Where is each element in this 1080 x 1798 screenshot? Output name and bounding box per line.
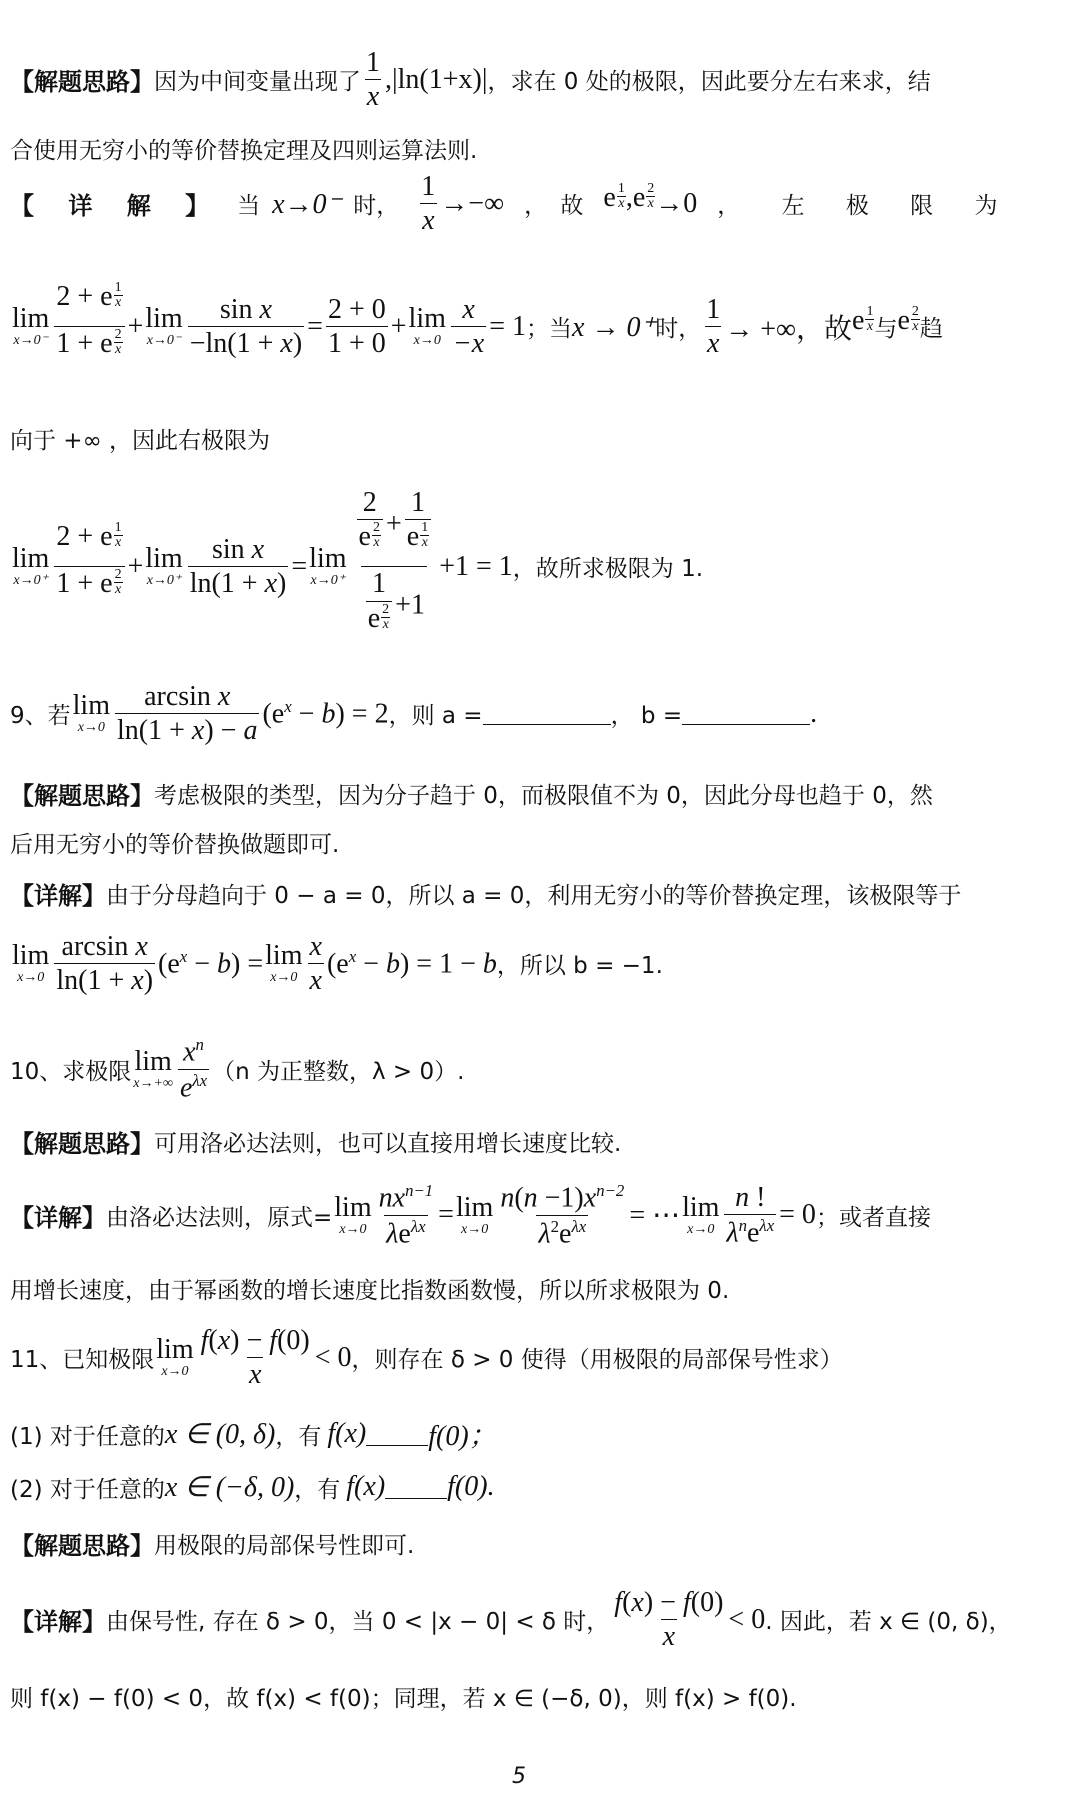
lim: limx→0⁺ xyxy=(309,545,346,588)
lim: limx→0⁻ xyxy=(145,305,182,348)
fraction: arcsin xln(1 + x) − a xyxy=(115,682,259,746)
text: ，则 a = xyxy=(389,697,483,730)
problem8-detail-line1: 【 详 解 】 当 x→0⁻ 时， 1x →−∞ ， 故 e1x,e2x →0 … xyxy=(10,172,1012,236)
left-limit-formula: limx→0⁻ 2 + e1x1 + e2x + limx→0⁻ sin x−l… xyxy=(10,282,943,371)
math: f(x) xyxy=(346,1471,385,1503)
text: 与 xyxy=(874,310,897,343)
problem11-detail-line1: 【详解】 由保号性, 存在 δ > 0，当 0 < |x − 0| < δ 时，… xyxy=(10,1588,1012,1652)
text: . xyxy=(810,698,817,730)
text: ， 左 极 限 为 xyxy=(717,187,1011,220)
lim: limx→0⁺ xyxy=(12,545,49,588)
text: ；当 xyxy=(526,310,572,343)
math: →−∞ xyxy=(440,188,504,220)
lim: limx→0 xyxy=(156,1336,193,1379)
detail-label: 【详解】 xyxy=(10,876,106,911)
problem10-detail-formula: 【详解】 由洛必达法则，原式= limx→0 nxn−1λeλx = limx→… xyxy=(10,1182,931,1248)
math: f(0)； xyxy=(428,1414,496,1454)
lim: limx→0 xyxy=(265,942,302,985)
fraction: x−x xyxy=(451,295,486,359)
math: f(x) xyxy=(327,1418,366,1450)
answer-blank-part1[interactable] xyxy=(366,1423,428,1446)
text: ， b = xyxy=(611,697,683,730)
problem8-continue-line: 向于 +∞ ，因此右极限为 xyxy=(10,422,270,455)
text: ，则存在 δ > 0 使得（用极限的局部保号性求） xyxy=(352,1341,843,1374)
text: 趋 xyxy=(920,310,943,343)
fraction-1-over-x: 1x xyxy=(419,172,437,236)
fraction: f(x) − f(0)x xyxy=(612,1588,725,1652)
text: ，有 xyxy=(294,1471,340,1504)
text: ，求在 0 处的极限，因此要分左右来求，结 xyxy=(487,63,930,96)
lim: limx→0 xyxy=(682,1194,719,1237)
problem10-statement: 10、求极限 limx→+∞ xneλx （n 为正整数，λ > 0）. xyxy=(10,1036,464,1102)
math: x ∈ (0, δ) xyxy=(165,1417,275,1451)
lim: limx→0 xyxy=(456,1194,493,1237)
fraction: arcsin xln(1 + x) xyxy=(54,932,155,996)
text: 时， xyxy=(655,310,701,343)
math-exponentials: e1x,e2x xyxy=(603,182,655,225)
lim: limx→0 xyxy=(334,1194,371,1237)
text: 用极限的局部保号性即可. xyxy=(154,1527,414,1560)
answer-blank-a[interactable] xyxy=(483,702,611,725)
fraction: 2 + e1x1 + e2x xyxy=(54,522,124,611)
problem10-approach-line: 【解题思路】 可用洛必达法则，也可以直接用增长速度比较. xyxy=(10,1124,621,1159)
text: （n 为正整数，λ > 0）. xyxy=(212,1053,464,1086)
fraction: f(x) − f(0)x xyxy=(199,1326,312,1390)
detail-label: 【详解】 xyxy=(10,1602,106,1637)
approach-label: 【解题思路】 xyxy=(10,1526,154,1561)
problem11-statement: 11、已知极限 limx→0 f(x) − f(0)x < 0 ，则存在 δ >… xyxy=(10,1326,843,1390)
math: →0 xyxy=(655,188,697,220)
detail-label: 【详解】 xyxy=(10,1198,106,1233)
fraction: 2 + e1x1 + e2x xyxy=(54,282,124,371)
fraction-1-over-x: 1x xyxy=(704,295,722,359)
text: 合使用无穷小的等价替换定理及四则运算法则. xyxy=(10,132,477,165)
page-number: 5 xyxy=(512,1764,526,1789)
detail-label: 【 详 解 】 xyxy=(10,186,219,221)
math-abs-ln: ,|ln(1+x)| xyxy=(385,64,487,96)
text: 由于分母趋向于 0 − a = 0，所以 a = 0，利用无穷小的等价替换定理，… xyxy=(106,877,961,910)
text: 向于 +∞ ，因此右极限为 xyxy=(10,422,270,455)
problem9-detail-line: 【详解】 由于分母趋向于 0 − a = 0，所以 a = 0，利用无穷小的等价… xyxy=(10,876,961,911)
text: 时， xyxy=(353,187,399,220)
lim: limx→0⁻ xyxy=(12,305,49,348)
right-limit-formula: limx→0⁺ 2 + e1x1 + e2x + limx→0⁺ sin xln… xyxy=(10,488,703,646)
approach-label: 【解题思路】 xyxy=(10,776,154,811)
problem-number: 9、若 xyxy=(10,697,71,730)
problem10-detail-line2: 用增长速度，由于幂函数的增长速度比指数函数慢，所以所求极限为 0. xyxy=(10,1272,729,1305)
text: 则 f(x) − f(0) < 0，故 f(x) < f(0)；同理，若 x ∈… xyxy=(10,1680,797,1713)
math: → +∞，故 xyxy=(725,307,852,347)
problem-number: 10、求极限 xyxy=(10,1053,131,1086)
lim: limx→0 xyxy=(12,942,49,985)
problem9-approach-line1: 【解题思路】 考虑极限的类型，因为分子趋于 0，而极限值不为 0，因此分母也趋于… xyxy=(10,776,933,811)
fraction: n !λneλx xyxy=(724,1183,776,1248)
text: ，有 xyxy=(275,1418,321,1451)
text: (2) 对于任意的 xyxy=(10,1471,165,1504)
problem8-approach-line1: 【解题思路】 因为中间变量出现了 1x ,|ln(1+x)| ，求在 0 处的极… xyxy=(10,48,931,112)
problem9-statement: 9、若 limx→0 arcsin xln(1 + x) − a (ex − b… xyxy=(10,682,817,746)
compound-fraction: 2e2x+1e1x 1e2x+1 xyxy=(352,488,437,646)
problem-number: 11、已知极限 xyxy=(10,1341,154,1374)
fraction-1-over-x: 1x xyxy=(364,48,382,112)
lim: limx→0 xyxy=(409,305,446,348)
text: (1) 对于任意的 xyxy=(10,1418,165,1451)
text: . 因此，若 x ∈ (0, δ)， xyxy=(765,1603,1011,1636)
math: x ∈ (−δ, 0) xyxy=(165,1470,294,1504)
math: f(0). xyxy=(447,1471,494,1503)
lim: limx→+∞ xyxy=(133,1048,173,1091)
text: ，所以 b = −1. xyxy=(497,947,663,980)
approach-label: 【解题思路】 xyxy=(10,62,154,97)
lim: limx→0⁺ xyxy=(145,545,182,588)
problem11-part1: (1) 对于任意的 x ∈ (0, δ) ，有 f(x) f(0)； xyxy=(10,1414,497,1454)
problem8-approach-line2: 合使用无穷小的等价替换定理及四则运算法则. xyxy=(10,132,477,165)
answer-blank-part2[interactable] xyxy=(385,1476,447,1499)
text: ，故所求极限为 1. xyxy=(513,550,703,583)
text: 因为中间变量出现了 xyxy=(154,63,361,96)
approach-label: 【解题思路】 xyxy=(10,1124,154,1159)
problem11-approach-line: 【解题思路】 用极限的局部保号性即可. xyxy=(10,1526,414,1561)
math: x→0⁻ xyxy=(272,187,341,221)
text: 由保号性, 存在 δ > 0，当 0 < |x − 0| < δ 时， xyxy=(106,1603,609,1636)
problem9-solution-formula: limx→0 arcsin xln(1 + x) (ex − b) = limx… xyxy=(10,932,663,996)
problem9-approach-line2: 后用无穷小的等价替换做题即可. xyxy=(10,826,339,859)
math: x → 0⁺ xyxy=(572,310,655,344)
fraction: 2 + 01 + 0 xyxy=(326,295,388,359)
text: 由洛必达法则，原式= xyxy=(106,1199,332,1232)
fraction: n(n −1)xn−2λ2eλx xyxy=(498,1182,626,1248)
text: ；或者直接 xyxy=(816,1199,931,1232)
fraction: xneλx xyxy=(178,1036,209,1102)
problem11-detail-line2: 则 f(x) − f(0) < 0，故 f(x) < f(0)；同理，若 x ∈… xyxy=(10,1680,797,1713)
text: 当 xyxy=(237,187,260,220)
fraction: sin x−ln(1 + x) xyxy=(188,295,304,359)
fraction: sin xln(1 + x) xyxy=(188,535,289,599)
text: 考虑极限的类型，因为分子趋于 0，而极限值不为 0，因此分母也趋于 0，然 xyxy=(154,777,933,810)
answer-blank-b[interactable] xyxy=(682,702,810,725)
lim: limx→0 xyxy=(73,692,110,735)
text: ， 故 xyxy=(524,187,583,220)
fraction: xx xyxy=(308,932,324,996)
text: 后用无穷小的等价替换做题即可. xyxy=(10,826,339,859)
text: 用增长速度，由于幂函数的增长速度比指数函数慢，所以所求极限为 0. xyxy=(10,1272,729,1305)
fraction: nxn−1λeλx xyxy=(377,1182,436,1248)
problem11-part2: (2) 对于任意的 x ∈ (−δ, 0) ，有 f(x) f(0). xyxy=(10,1470,495,1504)
text: 可用洛必达法则，也可以直接用增长速度比较. xyxy=(154,1125,621,1158)
